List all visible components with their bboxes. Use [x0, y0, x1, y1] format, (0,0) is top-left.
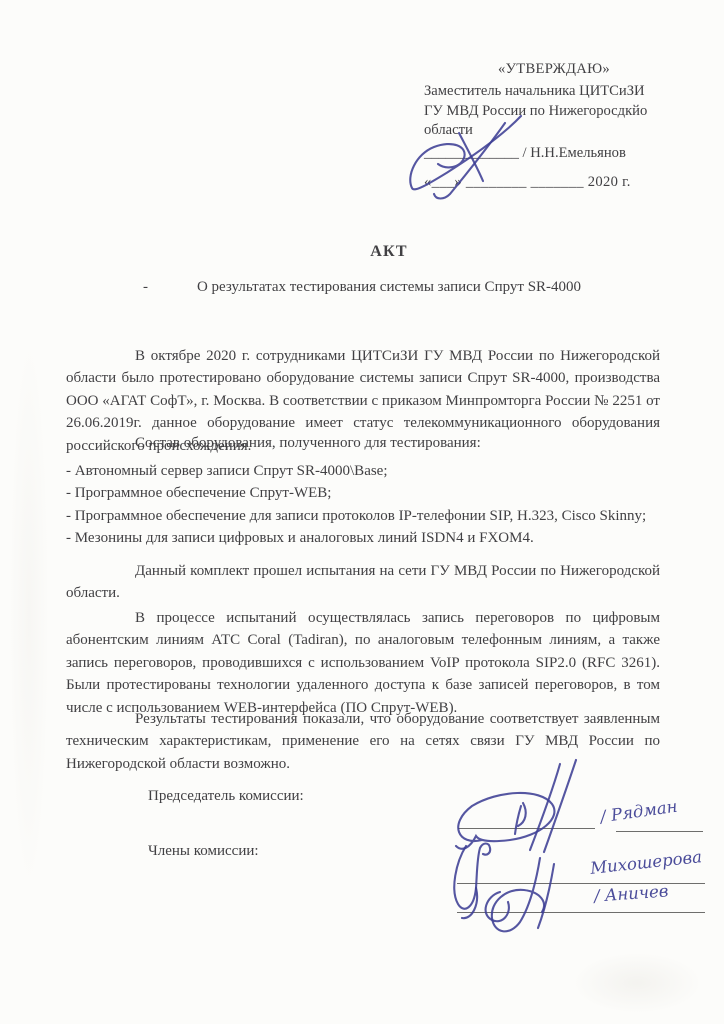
approval-position-line1: Заместитель начальника ЦИТСиЗИ: [424, 82, 684, 102]
equipment-item: - Автономный сервер записи Спрут SR-4000…: [66, 460, 660, 482]
approval-date-line: «___» ________ _______ 2020 г.: [424, 173, 684, 193]
document-subtitle: О результатах тестирования системы запис…: [66, 279, 686, 296]
equipment-intro: Состав оборудования, полученного для тес…: [66, 432, 660, 454]
signature-line: [458, 828, 595, 829]
approval-position-line3: области: [424, 121, 684, 141]
paragraph-results: Результаты тестирования показали, что об…: [66, 708, 660, 775]
handwritten-name-member2: / Аничев: [593, 881, 669, 905]
members-label: Члены комиссии:: [148, 843, 259, 860]
approval-stamp: «УТВЕРЖДАЮ»: [424, 60, 684, 80]
approval-signature-line: _____________ / Н.Н.Емельянов: [424, 144, 684, 164]
document-title: АКТ: [66, 243, 686, 261]
handwritten-name-chairman: / Рядман: [599, 797, 679, 827]
equipment-item: - Мезонины для записи цифровых и аналого…: [66, 527, 660, 549]
equipment-item: - Программное обеспечение Спрут-WEB;: [66, 482, 660, 504]
member1-signature-ink: [454, 844, 490, 919]
chairman-label: Председатель комиссии:: [148, 788, 304, 805]
paragraph-testing: Данный комплект прошел испытания на сети…: [66, 560, 660, 605]
equipment-item: - Программное обеспечение для записи про…: [66, 505, 660, 527]
handwritten-name-member1: Михошерова: [589, 847, 702, 878]
approval-signer-name: / Н.Н.Емельянов: [523, 145, 626, 161]
approval-position-line2: ГУ МВД России по Нижегоросдкйо: [424, 102, 684, 122]
signature-line: [457, 912, 705, 913]
signature-line: [616, 831, 703, 832]
paragraph-process: В процессе испытаний осуществлялась запи…: [66, 607, 660, 719]
approval-block: «УТВЕРЖДАЮ» Заместитель начальника ЦИТСи…: [424, 60, 684, 193]
member2-signature-ink: [486, 858, 554, 931]
equipment-list: - Автономный сервер записи Спрут SR-4000…: [66, 460, 660, 550]
scanned-document-page: «УТВЕРЖДАЮ» Заместитель начальника ЦИТСи…: [0, 0, 724, 1024]
approval-signature-blank: _____________: [424, 145, 519, 161]
